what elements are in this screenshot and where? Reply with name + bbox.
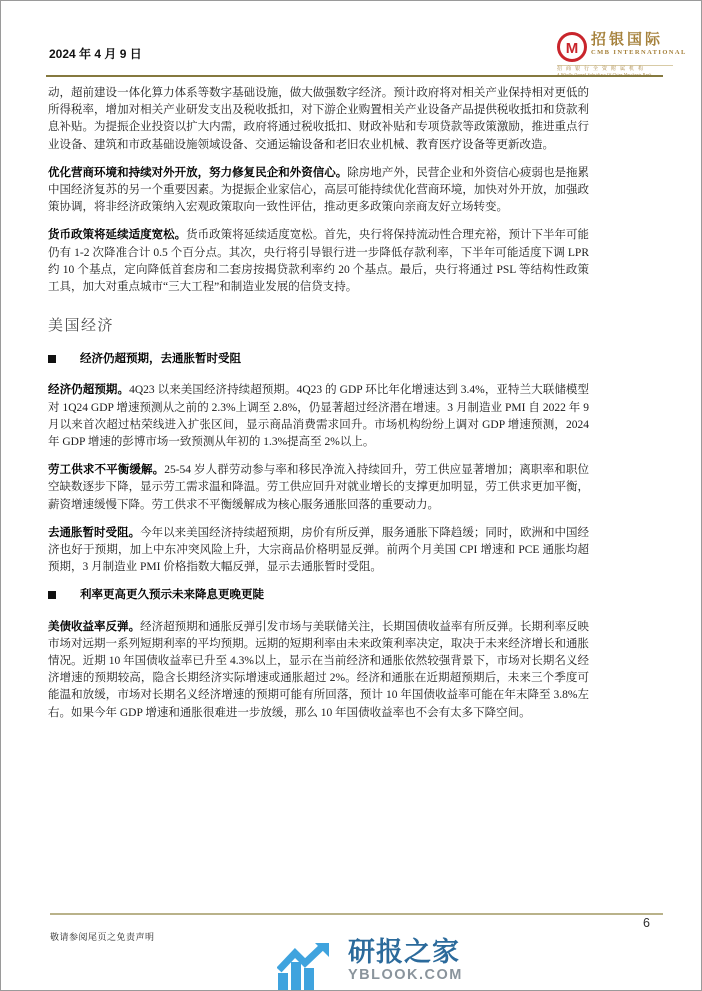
bullet-point: 经济仍超预期，去通胀暂时受阻 bbox=[48, 351, 589, 368]
logo-name-cn: 招银国际 bbox=[591, 32, 687, 49]
bullet-square-icon bbox=[48, 355, 56, 363]
yblook-watermark: 研报之家 YBLOOK.COM bbox=[277, 937, 463, 991]
bullet-point: 利率更高更久预示未来降息更晚更陡 bbox=[48, 587, 589, 604]
cmb-international-logo: M 招银国际 CMB INTERNATIONAL 招商银行全资附属机构 A Wh… bbox=[557, 32, 673, 78]
page-number: 6 bbox=[643, 916, 650, 930]
paragraph: 去通胀暂时受阻。今年以来美国经济持续超预期，房价有所反弹，服务通胀下降趋缓；同时… bbox=[48, 525, 589, 577]
paragraph: 动，超前建设一体化算力体系等数字基础设施，做大做强数字经济。预计政府将对相关产业… bbox=[48, 85, 589, 154]
watermark-domain: YBLOOK.COM bbox=[348, 967, 463, 984]
paragraph: 经济仍超预期。4Q23 以来美国经济持续超预期。4Q23 的 GDP 环比年化增… bbox=[48, 382, 589, 451]
bullet-square-icon bbox=[48, 591, 56, 599]
footer-divider bbox=[50, 913, 663, 915]
paragraph: 劳工供求不平衡缓解。25-54 岁人群劳动参与率和移民净流入持续回升，劳工供应显… bbox=[48, 462, 589, 514]
logo-name-en: CMB INTERNATIONAL bbox=[591, 49, 687, 57]
report-body: 动，超前建设一体化算力体系等数字基础设施，做大做强数字经济。预计政府将对相关产业… bbox=[48, 85, 589, 733]
section-heading-us-economy: 美国经济 bbox=[48, 316, 589, 336]
report-date: 2024 年 4 月 9 日 bbox=[49, 45, 142, 62]
paragraph: 货币政策将延续适度宽松。货币政策将延续适度宽松。首先，央行将保持流动性合理充裕，… bbox=[48, 227, 589, 296]
watermark-name: 研报之家 bbox=[348, 937, 463, 967]
chart-arrow-icon bbox=[277, 943, 341, 991]
header-divider bbox=[46, 75, 663, 77]
footer-disclaimer: 敬请参阅尾页之免责声明 bbox=[50, 930, 155, 943]
report-page: 2024 年 4 月 9 日 M 招银国际 CMB INTERNATIONAL … bbox=[0, 0, 702, 991]
cmb-logo-icon: M bbox=[557, 32, 587, 62]
paragraph: 优化营商环境和持续对外开放，努力修复民企和外资信心。除房地产外，民营企业和外资信… bbox=[48, 165, 589, 217]
paragraph: 美债收益率反弹。经济超预期和通胀反弹引发市场与美联储关注，长期国债收益率有所反弹… bbox=[48, 619, 589, 722]
